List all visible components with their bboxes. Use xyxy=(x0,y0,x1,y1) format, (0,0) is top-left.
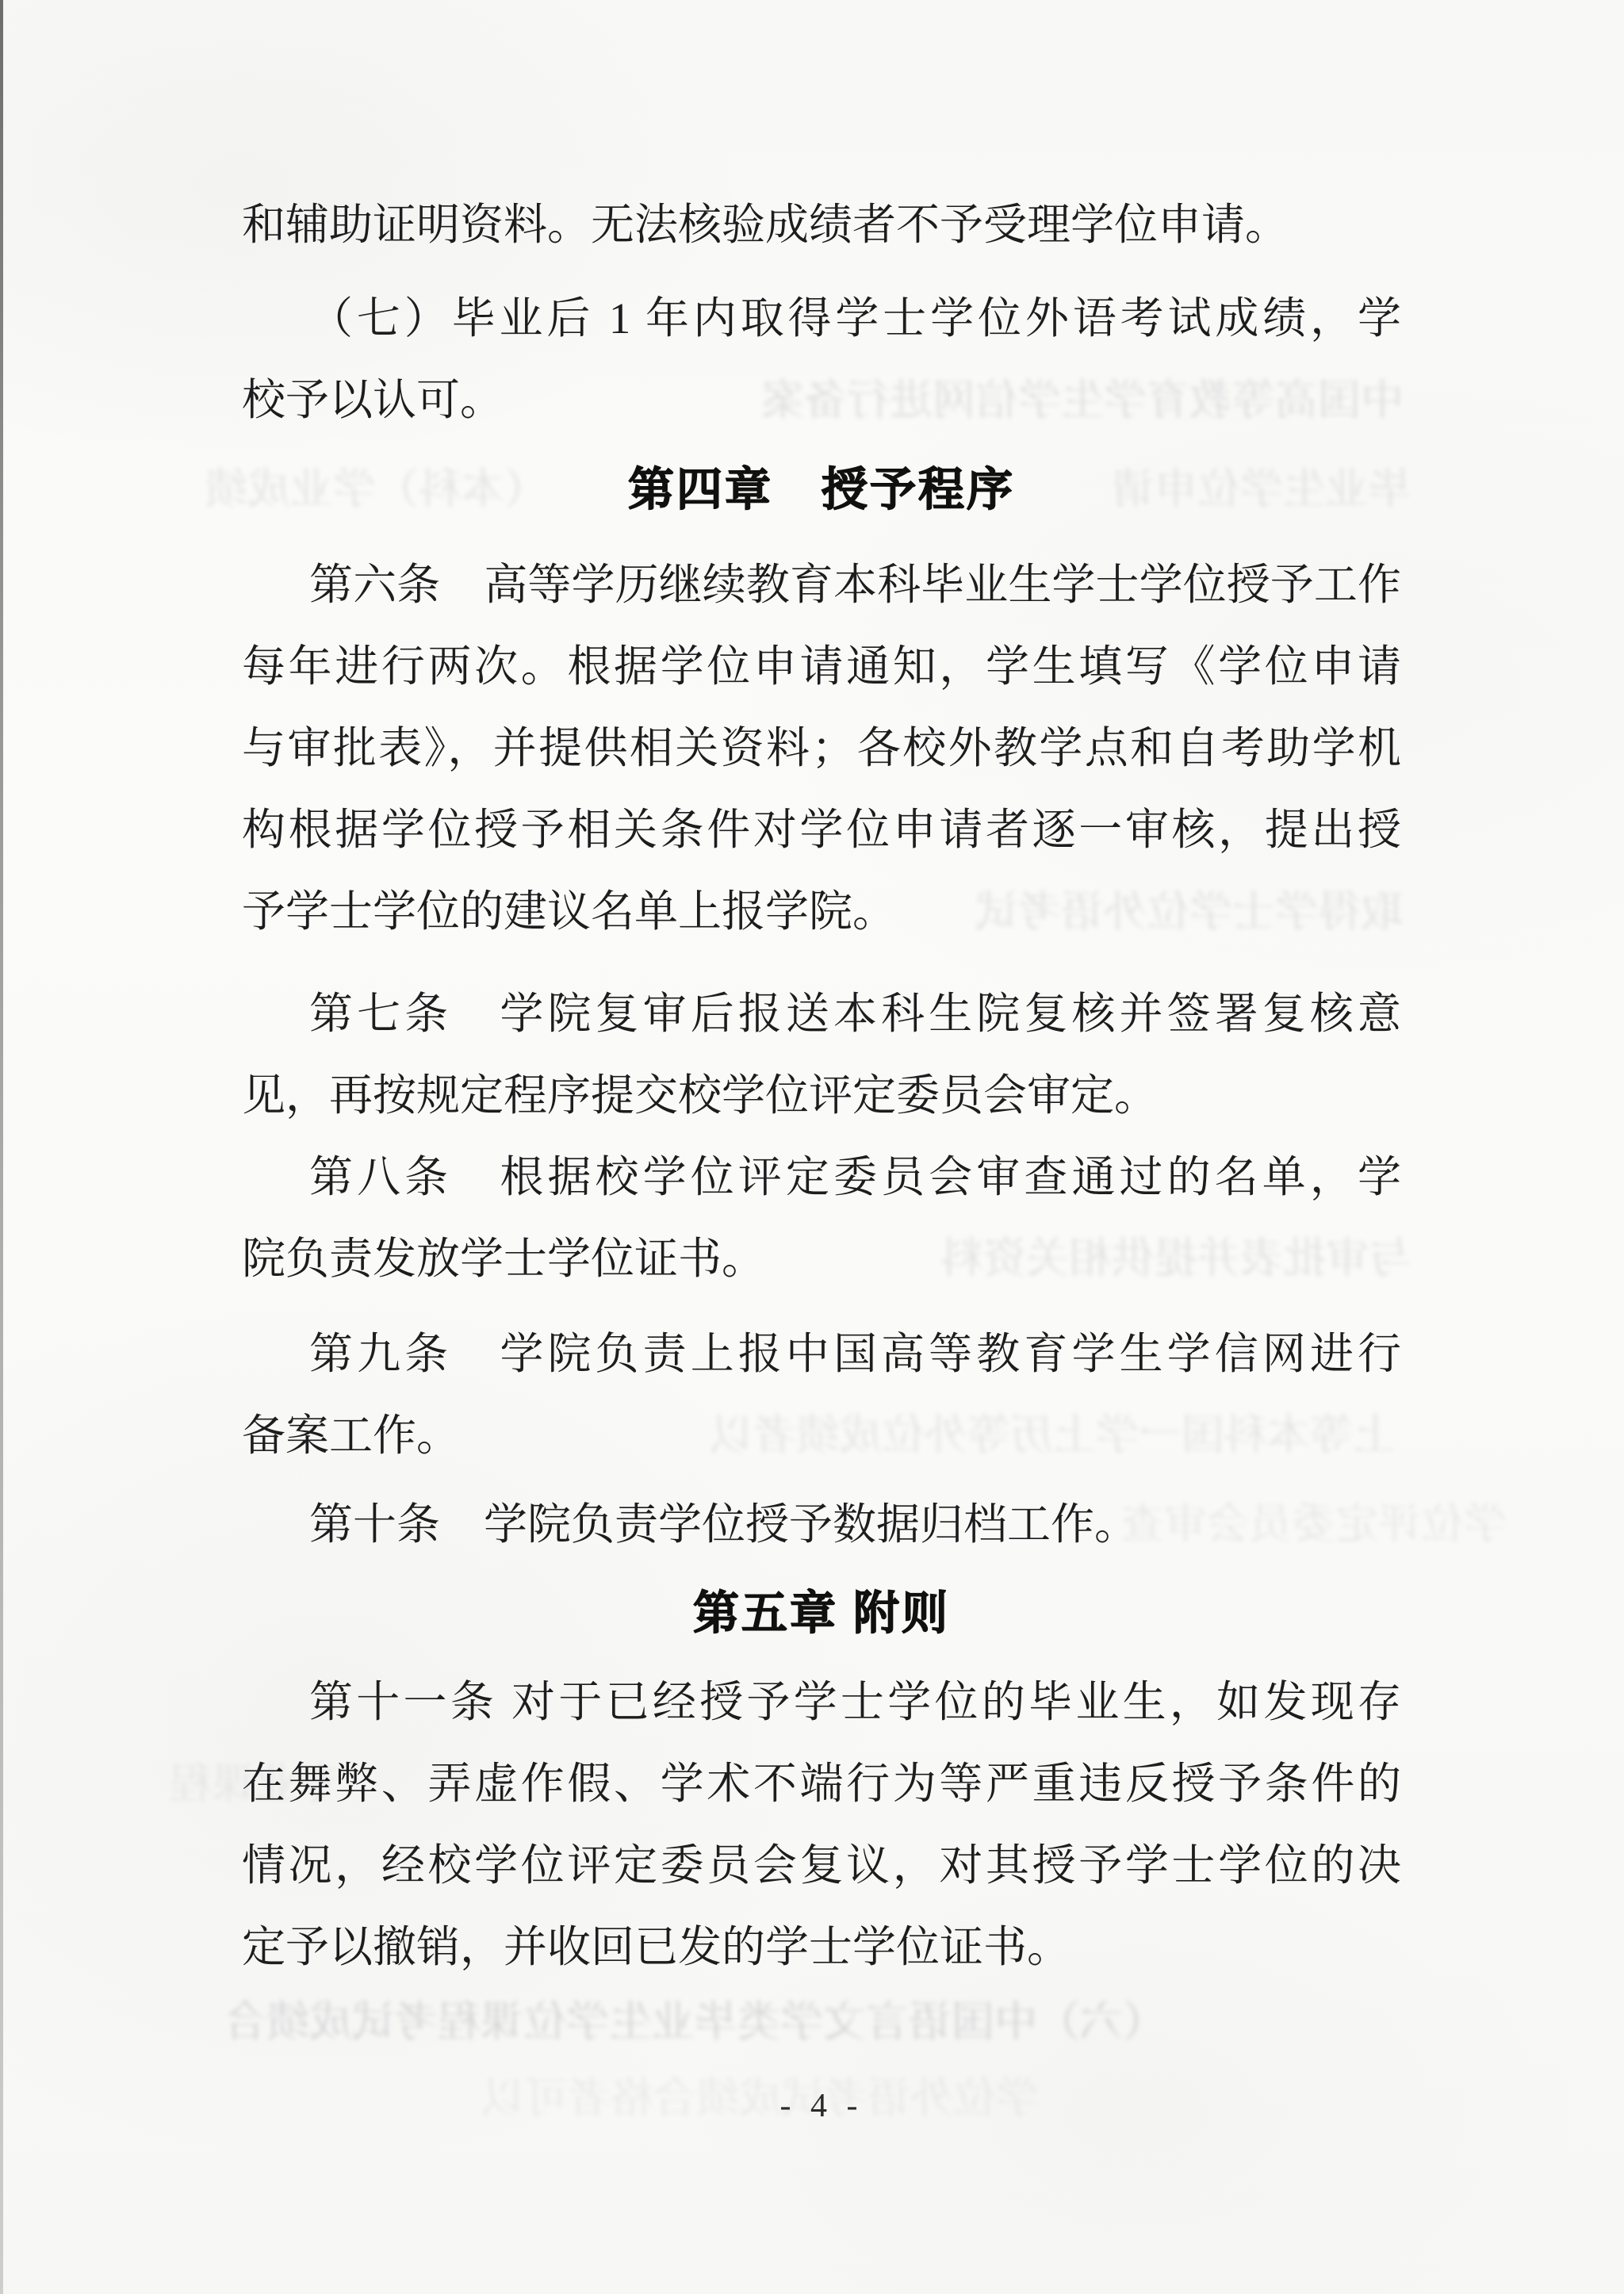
document-line: 予学士学位的建议名单上报学院。 xyxy=(242,871,1401,952)
page-number: - 4 - xyxy=(242,2087,1401,2125)
document-line: 第九条 学院负责上报中国高等教育学生学信网进行 xyxy=(242,1313,1401,1395)
paragraph: 第九条 学院负责上报中国高等教育学生学信网进行备案工作。 xyxy=(242,1313,1401,1476)
paragraph: 第八条 根据校学位评定委员会审查通过的名单，学院负责发放学士学位证书。 xyxy=(242,1136,1401,1300)
document-line: 与审批表》，并提供相关资料；各校外教学点和自考助学机 xyxy=(242,707,1401,789)
paragraph: 第十条 学院负责学位授予数据归档工作。 xyxy=(242,1484,1401,1565)
document-line: 在舞弊、弄虚作假、学术不端行为等严重违反授予条件的 xyxy=(242,1743,1401,1825)
document-line: 和辅助证明资料。无法核验成绩者不予受理学位申请。 xyxy=(242,184,1401,266)
paragraph: 和辅助证明资料。无法核验成绩者不予受理学位申请。 xyxy=(242,184,1401,266)
paragraph: （七）毕业后 1 年内取得学士学位外语考试成绩，学校予以认可。 xyxy=(242,278,1401,441)
paragraph: 第六条 高等学历继续教育本科毕业生学士学位授予工作每年进行两次。根据学位申请通知… xyxy=(242,544,1401,952)
bleed-through-line: （六）中国语言文学类毕业生学位课程考试成绩合格者 xyxy=(230,1982,1166,2062)
document-line: 第七条 学院复审后报送本科生院复核并签署复核意 xyxy=(242,973,1401,1055)
document-line: 见，再按规定程序提交校学位评定委员会审定。 xyxy=(242,1055,1401,1136)
document-line: （七）毕业后 1 年内取得学士学位外语考试成绩，学 xyxy=(242,278,1401,359)
scanned-page: 中国高等教育学生学信网进行备案（本科）学业成绩毕业生学位申请取得学士学位外语考试… xyxy=(0,0,1624,2294)
document-line: 第六条 高等学历继续教育本科毕业生学士学位授予工作 xyxy=(242,544,1401,626)
document-line: 第十条 学院负责学位授予数据归档工作。 xyxy=(242,1484,1401,1565)
chapter-heading: 第五章 附则 xyxy=(242,1572,1401,1654)
paragraph: 第七条 学院复审后报送本科生院复核并签署复核意见，再按规定程序提交校学位评定委员… xyxy=(242,973,1401,1136)
document-line: 校予以认可。 xyxy=(242,359,1401,441)
document-line: 定予以撤销，并收回已发的学士学位证书。 xyxy=(242,1906,1401,1988)
document-line: 情况，经校学位评定委员会复议，对其授予学士学位的决 xyxy=(242,1825,1401,1906)
document-line: 每年进行两次。根据学位申请通知，学生填写《学位申请 xyxy=(242,626,1401,707)
scan-edge-shadow xyxy=(0,0,3,2294)
document-line: 第八条 根据校学位评定委员会审查通过的名单，学 xyxy=(242,1136,1401,1218)
document-line: 院负责发放学士学位证书。 xyxy=(242,1218,1401,1300)
document-body: 和辅助证明资料。无法核验成绩者不予受理学位申请。（七）毕业后 1 年内取得学士学… xyxy=(242,184,1401,1988)
chapter-heading: 第四章 授予程序 xyxy=(242,449,1401,530)
document-line: 构根据学位授予相关条件对学位申请者逐一审核，提出授 xyxy=(242,789,1401,871)
document-line: 备案工作。 xyxy=(242,1395,1401,1476)
paragraph: 第十一条 对于已经授予学士学位的毕业生，如发现存在舞弊、弄虚作假、学术不端行为等… xyxy=(242,1661,1401,1988)
document-line: 第十一条 对于已经授予学士学位的毕业生，如发现存 xyxy=(242,1661,1401,1743)
